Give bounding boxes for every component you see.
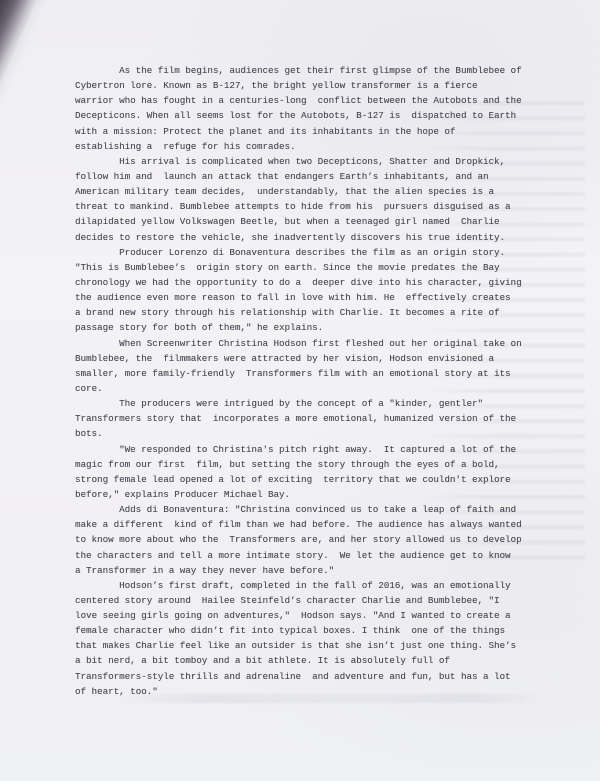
text-line: of heart, too." <box>75 684 545 699</box>
text-line: American military team decides, understa… <box>75 184 545 199</box>
text-line: strong female lead opened a lot of excit… <box>75 472 545 487</box>
text-line: smaller, more family-friendly Transforme… <box>75 366 545 381</box>
text-line: with a mission: Protect the planet and i… <box>75 124 545 139</box>
text-line: establishing a refuge for his comrades. <box>75 139 545 154</box>
text-line: "This is Bumblebee’s origin story on ear… <box>75 260 545 275</box>
typewritten-text-block: As the film begins, audiences get their … <box>75 63 545 699</box>
text-line: Transformers story that incorporates a m… <box>75 411 545 426</box>
text-line: follow him and launch an attack that end… <box>75 169 545 184</box>
text-line: decides to restore the vehicle, she inad… <box>75 230 545 245</box>
text-line: When Screenwriter Christina Hodson first… <box>75 336 545 351</box>
text-line: core. <box>75 381 545 396</box>
text-line: threat to mankind. Bumblebee attempts to… <box>75 199 545 214</box>
text-line: a bit nerd, a bit tomboy and a bit athle… <box>75 653 545 668</box>
text-line: the audience even more reason to fall in… <box>75 290 545 305</box>
text-line: before," explains Producer Michael Bay. <box>75 487 545 502</box>
text-line: passage story for both of them," he expl… <box>75 320 545 335</box>
text-line: Adds di Bonaventura: "Christina convince… <box>75 502 545 517</box>
text-line: a brand new story through his relationsh… <box>75 305 545 320</box>
text-line: chronology we had the opportunity to do … <box>75 275 545 290</box>
scanned-document-page: As the film begins, audiences get their … <box>0 0 600 781</box>
text-line: Producer Lorenzo di Bonaventura describe… <box>75 245 545 260</box>
text-line: centered story around Hailee Steinfeld’s… <box>75 593 545 608</box>
text-line: His arrival is complicated when two Dece… <box>75 154 545 169</box>
text-line: Transformers-style thrills and adrenalin… <box>75 669 545 684</box>
text-line: a Transformer in a way they never have b… <box>75 563 545 578</box>
text-line: make a different kind of film than we ha… <box>75 517 545 532</box>
text-line: the characters and tell a more intimate … <box>75 548 545 563</box>
text-line: "We responded to Christina's pitch right… <box>75 442 545 457</box>
text-line: dilapidated yellow Volkswagen Beetle, bu… <box>75 214 545 229</box>
text-line: to know more about who the Transformers … <box>75 532 545 547</box>
text-line: love seeing girls going on adventures," … <box>75 608 545 623</box>
text-line: bots. <box>75 426 545 441</box>
text-line: The producers were intrigued by the conc… <box>75 396 545 411</box>
text-line: magic from our first film, but setting t… <box>75 457 545 472</box>
text-line: Decepticons. When all seems lost for the… <box>75 108 545 123</box>
text-line: Bumblebee, the filmmakers were attracted… <box>75 351 545 366</box>
text-line: female character who didn’t fit into typ… <box>75 623 545 638</box>
text-line: that makes Charlie feel like an outsider… <box>75 638 545 653</box>
text-line: warrior who has fought in a centuries-lo… <box>75 93 545 108</box>
text-line: Cybertron lore. Known as B-127, the brig… <box>75 78 545 93</box>
text-line: Hodson’s first draft, completed in the f… <box>75 578 545 593</box>
text-line: As the film begins, audiences get their … <box>75 63 545 78</box>
